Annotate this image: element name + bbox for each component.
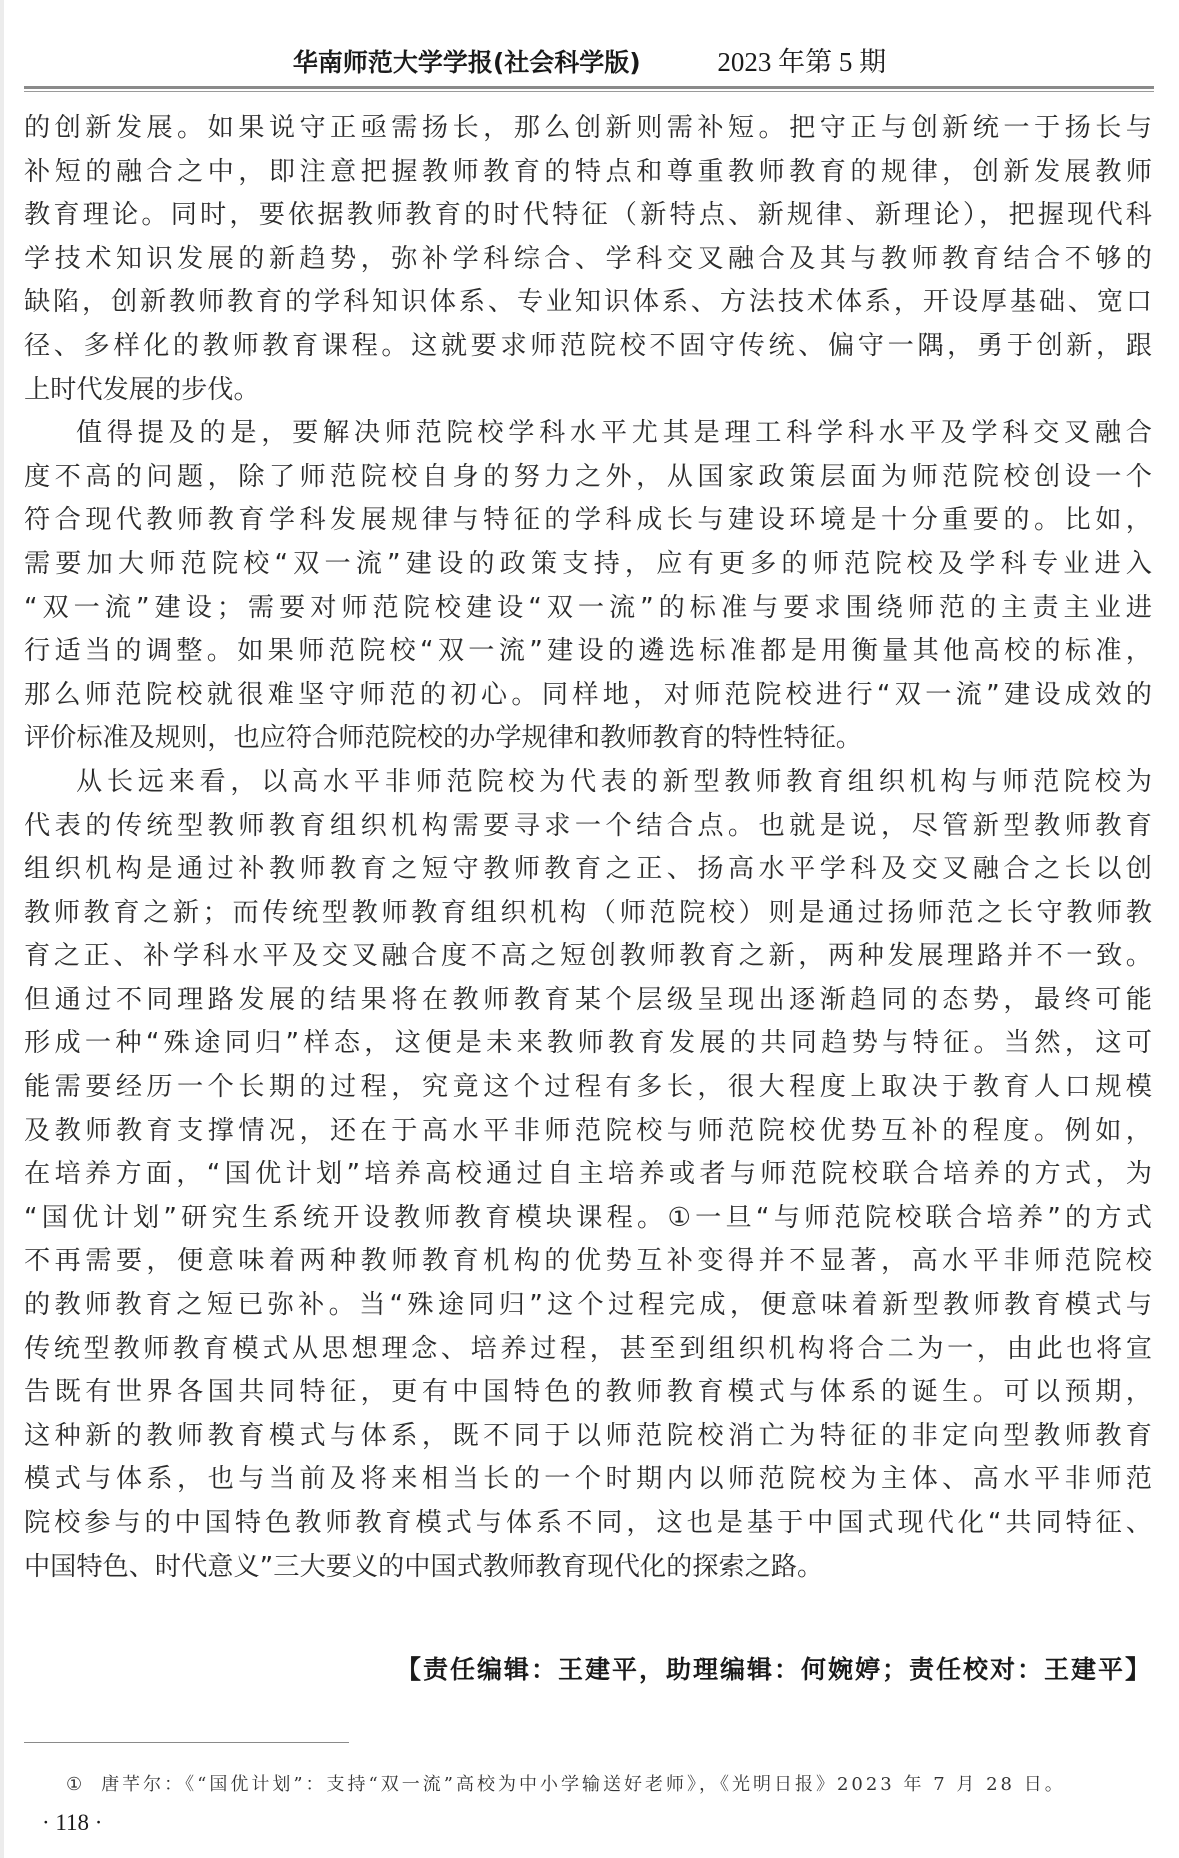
text-line: 育之正、补学科水平及交叉融合度不高之短创教师教育之新，两种发展理路并不一致。 xyxy=(24,935,1152,979)
editors-note: 【责任编辑：王建平，助理编辑：何婉婷；责任校对：王建平】 xyxy=(0,1650,1152,1686)
text-line: 行适当的调整。如果师范院校“双一流”建设的遴选标准都是用衡量其他高校的标准， xyxy=(24,630,1152,674)
text-line: 教育理论。同时，要依据教师教育的时代特征（新特点、新规律、新理论），把握现代科 xyxy=(24,194,1152,238)
text-line: 代表的传统型教师教育组织机构需要寻求一个结合点。也就是说，尽管新型教师教育 xyxy=(24,805,1152,849)
text-line: 传统型教师教育模式从思想理念、培养过程，甚至到组织机构将合二为一，由此也将宣 xyxy=(24,1328,1152,1372)
paragraph: 的创新发展。如果说守正亟需扬长，那么创新则需补短。把守正与创新统一于扬长与补短的… xyxy=(24,107,1152,412)
footnote: ①唐芊尔：《“国优计划”：支持“双一流”高校为中小学输送好老师》，《光明日报》2… xyxy=(66,1770,1066,1796)
text-line: 径、多样化的教师教育课程。这就要求师范院校不固守传统、偏守一隅，勇于创新，跟 xyxy=(24,325,1152,369)
text-line: 但通过不同理路发展的结果将在教师教育某个层级呈现出逐渐趋同的态势，最终可能 xyxy=(24,979,1152,1023)
header-rule-thick xyxy=(24,86,1154,89)
paragraph: 值得提及的是，要解决师范院校学科水平尤其是理工科学科水平及学科交叉融合度不高的问… xyxy=(24,412,1152,761)
text-line: 的创新发展。如果说守正亟需扬长，那么创新则需补短。把守正与创新统一于扬长与 xyxy=(24,107,1152,151)
text-line: 的教师教育之短已弥补。当“殊途同归”这个过程完成，便意味着新型教师教育模式与 xyxy=(24,1284,1152,1328)
text-line: 及教师教育支撑情况，还在于高水平非师范院校与师范院校优势互补的程度。例如， xyxy=(24,1110,1152,1154)
page-edge xyxy=(0,0,4,1858)
footnote-text: 唐芊尔：《“国优计划”：支持“双一流”高校为中小学输送好老师》，《光明日报》20… xyxy=(101,1774,1066,1795)
footnote-rule xyxy=(24,1742,349,1743)
text-line: 符合现代教师教育学科发展规律与特征的学科成长与建设环境是十分重要的。比如， xyxy=(24,499,1152,543)
text-line: 补短的融合之中，即注意把握教师教育的特点和尊重教师教育的规律，创新发展教师 xyxy=(24,151,1152,195)
text-line: 这种新的教师教育模式与体系，既不同于以师范院校消亡为特征的非定向型教师教育 xyxy=(24,1415,1152,1459)
paragraph: 从长远来看，以高水平非师范院校为代表的新型教师教育组织机构与师范院校为代表的传统… xyxy=(24,761,1152,1589)
text-line: 中国特色、时代意义”三大要义的中国式教师教育现代化的探索之路。 xyxy=(24,1546,1152,1590)
page-number: · 118 · xyxy=(42,1810,102,1836)
text-line: 在培养方面，“国优计划”培养高校通过自主培养或者与师范院校联合培养的方式，为 xyxy=(24,1153,1152,1197)
text-line: 缺陷，创新教师教育的学科知识体系、专业知识体系、方法技术体系，开设厚基础、宽口 xyxy=(24,281,1152,325)
text-line: 能需要经历一个长期的过程，究竟这个过程有多长，很大程度上取决于教育人口规模 xyxy=(24,1066,1152,1110)
text-line: 模式与体系，也与当前及将来相当长的一个时期内以师范院校为主体、高水平非师范 xyxy=(24,1458,1152,1502)
text-line: 上时代发展的步伐。 xyxy=(24,369,1152,413)
text-line: 度不高的问题，除了师范院校自身的努力之外，从国家政策层面为师范院校创设一个 xyxy=(24,456,1152,500)
text-line: 从长远来看，以高水平非师范院校为代表的新型教师教育组织机构与师范院校为 xyxy=(24,761,1152,805)
issue-label: 2023 年第 5 期 xyxy=(717,40,886,79)
text-line: 院校参与的中国特色教师教育模式与体系不同，这也是基于中国式现代化“共同特征、 xyxy=(24,1502,1152,1546)
text-line: 组织机构是通过补教师教育之短守教师教育之正、扬高水平学科及交叉融合之长以创 xyxy=(24,848,1152,892)
text-line: 不再需要，便意味着两种教师教育机构的优势互补变得并不显著，高水平非师范院校 xyxy=(24,1240,1152,1284)
footnote-marker: ① xyxy=(66,1774,85,1795)
article-body: 的创新发展。如果说守正亟需扬长，那么创新则需补短。把守正与创新统一于扬长与补短的… xyxy=(24,107,1152,1589)
running-header: 华南师范大学学报(社会科学版) 2023 年第 5 期 xyxy=(0,40,1179,80)
text-line: 值得提及的是，要解决师范院校学科水平尤其是理工科学科水平及学科交叉融合 xyxy=(24,412,1152,456)
text-line: “双一流”建设；需要对师范院校建设“双一流”的标准与要求围绕师范的主责主业进 xyxy=(24,587,1152,631)
text-line: “国优计划”研究生系统开设教师教育模块课程。①一旦“与师范院校联合培养”的方式 xyxy=(24,1197,1152,1241)
text-line: 那么师范院校就很难坚守师范的初心。同样地，对师范院校进行“双一流”建设成效的 xyxy=(24,674,1152,718)
header-rule-thin xyxy=(24,91,1154,92)
text-line: 需要加大师范院校“双一流”建设的政策支持，应有更多的师范院校及学科专业进入 xyxy=(24,543,1152,587)
text-line: 告既有世界各国共同特征，更有中国特色的教师教育模式与体系的诞生。可以预期， xyxy=(24,1371,1152,1415)
text-line: 学技术知识发展的新趋势，弥补学科综合、学科交叉融合及其与教师教育结合不够的 xyxy=(24,238,1152,282)
journal-title: 华南师范大学学报(社会科学版) xyxy=(293,43,641,79)
text-line: 评价标准及规则，也应符合师范院校的办学规律和教师教育的特性特征。 xyxy=(24,717,1152,761)
text-line: 形成一种“殊途同归”样态，这便是未来教师教育发展的共同趋势与特征。当然，这可 xyxy=(24,1022,1152,1066)
text-line: 教师教育之新；而传统型教师教育组织机构（师范院校）则是通过扬师范之长守教师教 xyxy=(24,892,1152,936)
